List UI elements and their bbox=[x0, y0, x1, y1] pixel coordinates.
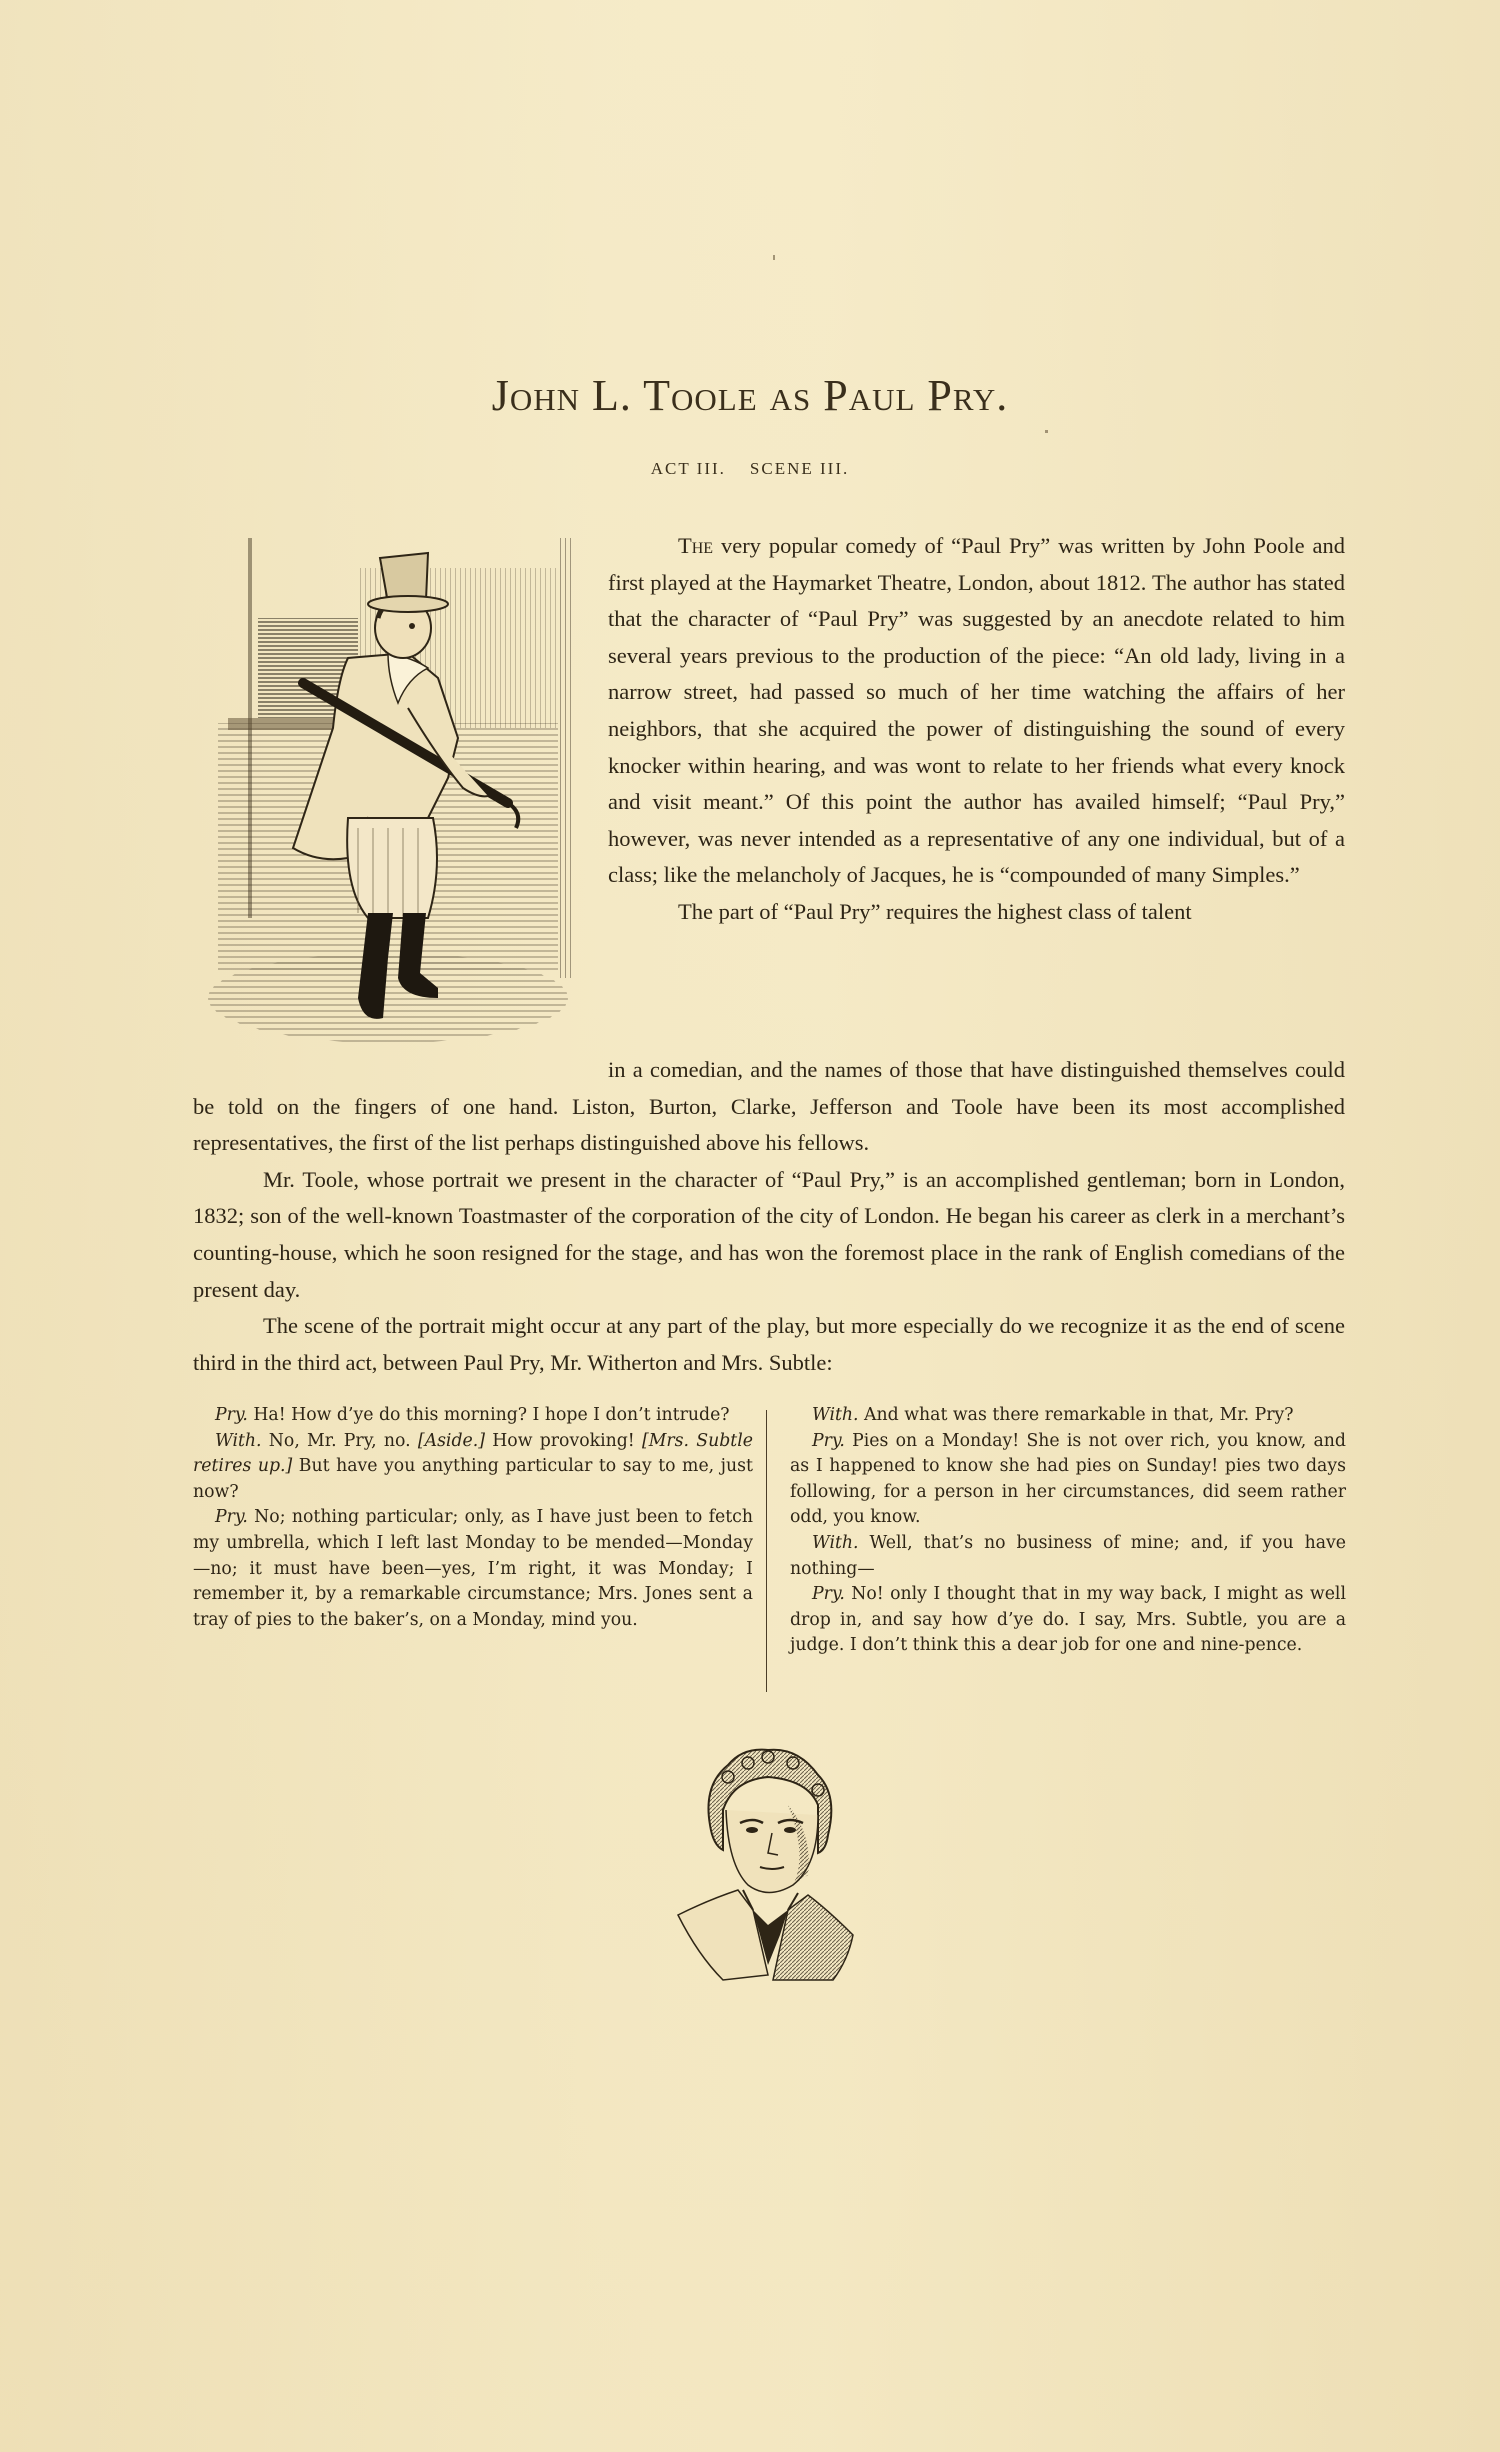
speech: No; nothing particular; only, as I have … bbox=[193, 1507, 753, 1629]
dialogue-left-column: Pry. Ha! How d’ye do this morning? I hop… bbox=[193, 1403, 753, 1633]
paragraph-4: The scene of the portrait might occur at… bbox=[193, 1308, 1345, 1381]
dialogue-right-column: With. And what was there remarkable in t… bbox=[790, 1403, 1346, 1659]
speaker: Pry. bbox=[812, 1584, 845, 1604]
dialogue-line: Pry. No! only I thought that in my way b… bbox=[790, 1582, 1346, 1659]
paragraph-1: The very popular comedy of “Paul Pry” wa… bbox=[608, 528, 1345, 894]
speaker: Pry. bbox=[215, 1507, 248, 1527]
speaker: With. bbox=[812, 1533, 859, 1553]
dialogue-line: With. And what was there remarkable in t… bbox=[790, 1403, 1346, 1429]
speech: How provoking! bbox=[485, 1431, 642, 1451]
speaker: Pry. bbox=[215, 1405, 248, 1425]
intro-text-block: The very popular comedy of “Paul Pry” wa… bbox=[608, 528, 1345, 931]
paragraph-2-start: The part of “Paul Pry” requires the high… bbox=[608, 894, 1345, 931]
paper-speck bbox=[773, 255, 775, 260]
speech: No, Mr. Pry, no. bbox=[262, 1431, 418, 1451]
speaker: Pry. bbox=[812, 1431, 845, 1451]
page-title: John L. Toole as Paul Pry. bbox=[0, 370, 1500, 421]
lead-word: The bbox=[678, 533, 713, 558]
act-scene-heading: ACT III.SCENE III. bbox=[0, 459, 1500, 479]
speaker: With. bbox=[215, 1431, 262, 1451]
stage-direction: [Aside.] bbox=[418, 1431, 485, 1451]
speech: No! only I thought that in my way back, … bbox=[790, 1584, 1346, 1655]
act-label: ACT III. bbox=[651, 459, 726, 478]
speech: And what was there remarkable in that, M… bbox=[859, 1405, 1294, 1425]
full-width-text-block: in a comedian, and the names of those th… bbox=[193, 1052, 1345, 1381]
scene-label: SCENE III. bbox=[750, 459, 849, 478]
paul-pry-engraving bbox=[198, 528, 593, 1048]
portrait-bust-icon bbox=[668, 1735, 863, 1985]
dialogue-line: With. No, Mr. Pry, no. [Aside.] How prov… bbox=[193, 1429, 753, 1506]
dialogue-line: Pry. Pies on a Monday! She is not over r… bbox=[790, 1429, 1346, 1531]
dialogue-line: Pry. Ha! How d’ye do this morning? I hop… bbox=[193, 1403, 753, 1429]
paper-speck bbox=[1045, 430, 1048, 433]
speaker: With. bbox=[812, 1405, 859, 1425]
dialogue-line: Pry. No; nothing particular; only, as I … bbox=[193, 1505, 753, 1633]
speech: Well, that’s no business of mine; and, i… bbox=[790, 1533, 1346, 1579]
paragraph-1-text: very popular comedy of “Paul Pry” was wr… bbox=[608, 533, 1345, 887]
speech: Ha! How d’ye do this morning? I hope I d… bbox=[248, 1405, 730, 1425]
paul-pry-figure-icon bbox=[198, 528, 593, 1048]
paragraph-2-continued: in a comedian, and the names of those th… bbox=[193, 1052, 1345, 1162]
toole-portrait-engraving bbox=[668, 1735, 863, 1985]
speech: Pies on a Monday! She is not over rich, … bbox=[790, 1431, 1346, 1528]
paragraph-3: Mr. Toole, whose portrait we present in … bbox=[193, 1162, 1345, 1308]
dialogue-line: With. Well, that’s no business of mine; … bbox=[790, 1531, 1346, 1582]
column-divider bbox=[766, 1410, 767, 1692]
